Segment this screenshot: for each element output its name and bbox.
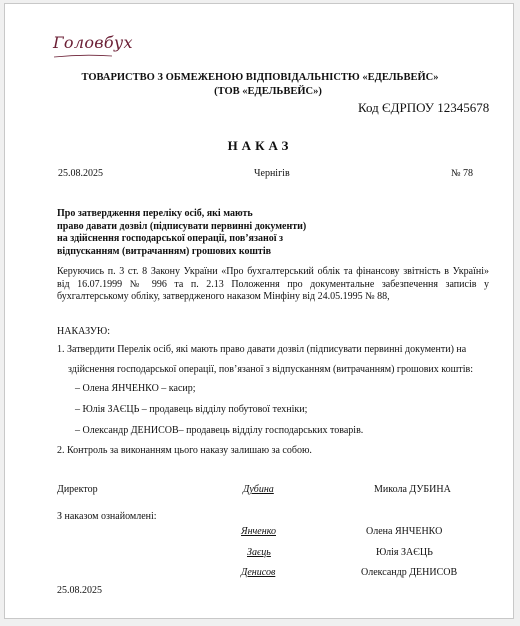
preamble-line: бухгалтерському обліку, затвердженого на… <box>57 291 489 304</box>
subject-line: Про затвердження переліку осіб, які мают… <box>57 208 357 221</box>
document-subject: Про затвердження переліку осіб, які мают… <box>57 208 357 258</box>
org-short-name: (ТОВ «ЕДЕЛЬВЕЙС») <box>0 86 520 97</box>
logo: Головбух <box>53 33 133 52</box>
document-number: № 78 <box>451 168 473 179</box>
person-list-item: – Олександр ДЕНИСОВ– продавець відділу г… <box>75 425 363 436</box>
order-item-1: 1. Затвердити Перелік осіб, які мають пр… <box>57 344 466 355</box>
document-date: 25.08.2025 <box>58 168 103 179</box>
order-word: НАКАЗУЮ: <box>57 326 110 337</box>
ack-signature: Заєць <box>247 547 271 558</box>
preamble: Керуючись п. 3 ст. 8 Закону України «Про… <box>57 266 489 304</box>
edrpou-code: Код ЄДРПОУ 12345678 <box>358 100 489 116</box>
acknowledged-label: З наказом ознайомлені: <box>57 511 157 522</box>
ack-name: Юлія ЗАЄЦЬ <box>376 547 433 558</box>
director-signature: Дубина <box>243 484 274 495</box>
ack-name: Олександр ДЕНИСОВ <box>361 567 457 578</box>
person-list-item: – Юлія ЗАЄЦЬ – продавець відділу побутов… <box>75 404 307 415</box>
subject-line: на здійснення господарської операції, по… <box>57 233 357 246</box>
document-city: Чернігів <box>254 168 290 179</box>
preamble-line: від 16.07.1999 № 996 та п. 2.13 Положенн… <box>57 279 489 292</box>
subject-line: право давати дозвіл (підписувати первинн… <box>57 221 357 234</box>
document-title: НАКАЗ <box>0 138 520 154</box>
person-list-item: – Олена ЯНЧЕНКО – касир; <box>75 383 196 394</box>
ack-name: Олена ЯНЧЕНКО <box>366 526 442 537</box>
preamble-line: Керуючись п. 3 ст. 8 Закону України «Про… <box>57 266 489 279</box>
org-full-name: ТОВАРИСТВО З ОБМЕЖЕНОЮ ВІДПОВІДАЛЬНІСТЮ … <box>0 72 520 83</box>
order-item-1-continued: здійснення господарської операції, пов’я… <box>68 364 473 375</box>
director-role: Директор <box>57 484 98 495</box>
logo-swoosh-icon <box>54 54 112 58</box>
ack-signature: Янченко <box>241 526 276 537</box>
order-item-2: 2. Контроль за виконанням цього наказу з… <box>57 445 312 456</box>
subject-line: відпусканням (витрачанням) грошових кошт… <box>57 246 357 259</box>
ack-signature: Денисов <box>241 567 275 578</box>
director-name: Микола ДУБИНА <box>374 484 451 495</box>
closing-date: 25.08.2025 <box>57 585 102 596</box>
